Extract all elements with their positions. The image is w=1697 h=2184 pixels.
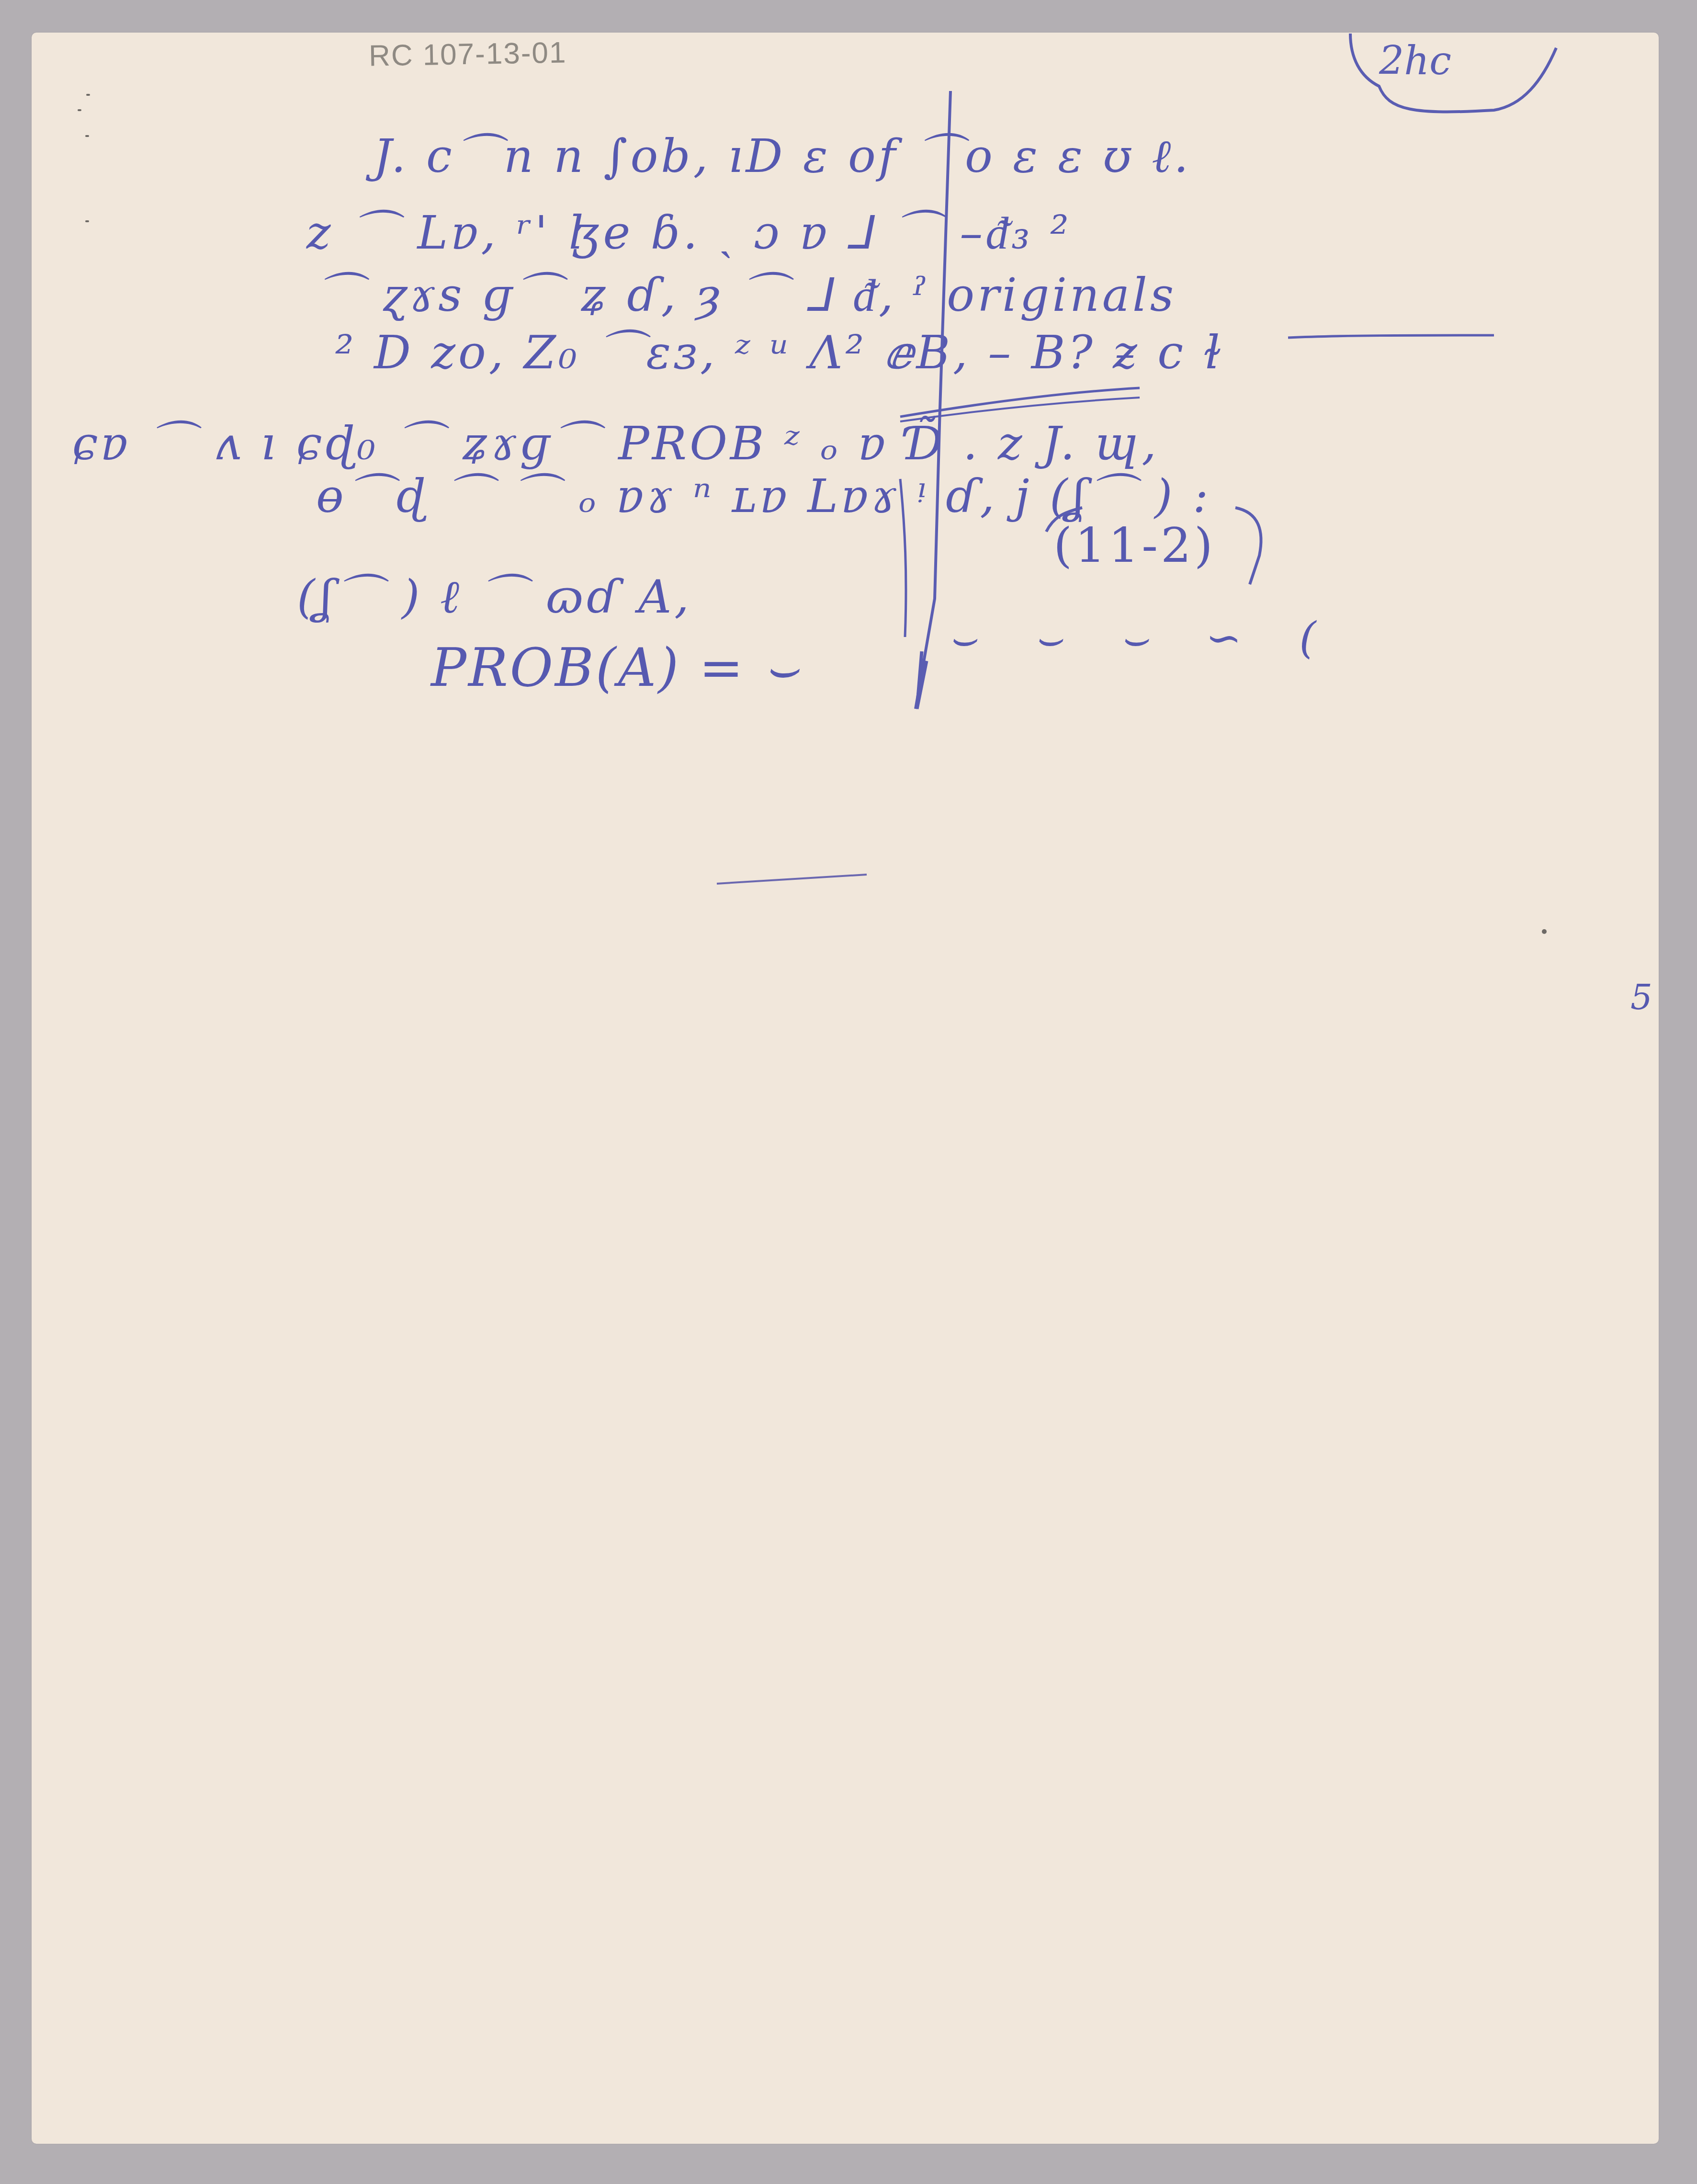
ink-strokes — [0, 0, 1697, 2184]
bracket-stroke — [1235, 508, 1261, 584]
strikethrough-stroke — [1288, 335, 1494, 338]
strikethrough-stroke — [900, 388, 1140, 417]
vertical-divider-line — [916, 91, 950, 709]
corner-mark-circle — [1350, 34, 1556, 112]
bracket-stroke — [900, 479, 906, 637]
bracket-stroke — [1046, 508, 1082, 532]
strikethrough-stroke — [900, 398, 1140, 421]
horizontal-rule — [717, 875, 867, 884]
